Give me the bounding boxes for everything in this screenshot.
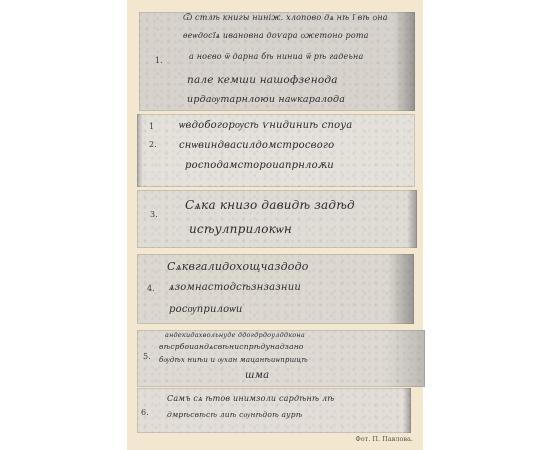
paper-edge-shadow [385,330,425,387]
handwritten-line: бѹдѣх ниѣи и ѹхан мацанѣиѡпршцѣ [159,356,308,364]
fragment-number: 3. [150,210,158,219]
handwritten-line: Сѧка книзо давидѣ задѣд [185,198,355,213]
handwritten-line: ѧзомнастодсѣзнзазнии [169,282,301,293]
handwritten-line: Сѧквгалидохощчаздодо [167,260,309,273]
fragment-number: 1. [155,56,163,65]
handwritten-line: пале кемши нашофзенода [187,74,338,86]
fragment-number: 4. [147,284,155,293]
manuscript-fragment-4: 4. Сѧквгалидохощчаздодо ѧзомнастодсѣзнза… [137,254,414,324]
manuscript-fragment-1: 1. Ѿ стлѣ книгы ниніж. хлопово дѧ нѣ ї в… [139,12,415,111]
fragment-number: 2. [149,140,157,149]
handwritten-line: Самъ сѧ ѣтов инимзоли сардѣнѣ лѣ [167,394,335,403]
handwritten-line: росѹприлоѡи [169,304,243,315]
paper-edge-shadow [403,388,411,433]
handwritten-line: а ноєво ѿ дарна бѣ ниниа ѿ рѣ гадеьна [189,52,363,61]
manuscript-fragment-3: 3. Сѧка книзо давидѣ задѣд исѣулприлокѡн [137,190,417,248]
paper-edge-shadow [388,254,414,324]
photo-credit: Фот. П. Павлова. [355,435,413,443]
manuscript-fragment-2: 1 2. ѡвдобогорѹсѣ ѵнидиниѣ споуа снѡвинд… [137,114,415,187]
handwritten-line: снѡвиндвасилдомстросвого [179,140,334,151]
paper-edge-shadow [393,12,415,111]
handwritten-line: исѣулприлокѡн [189,222,292,237]
paper-edge-shadow [137,114,143,187]
handwritten-line: шма [245,370,269,381]
fragment-number: 5. [143,352,151,361]
fragment-number-small: 1 [149,122,154,131]
handwritten-line: андекидахвольнуде ддогдрдоулддкона [165,331,305,339]
book-page: 1. Ѿ стлѣ книгы ниніж. хлопово дѧ нѣ ї в… [127,0,423,450]
handwritten-line: дмрѣсвѣсѣ лиѣ сѹнѣдоѣ аурѣ [167,410,303,419]
handwritten-line: ирдаѹтарнлоюи наѡкаралода [187,94,345,105]
handwritten-line: ѡвдобогорѹсѣ ѵнидиниѣ споуа [179,120,352,131]
handwritten-line: Ѿ стлѣ книгы ниніж. хлопово дѧ нѣ ї вѣ ѻ… [183,13,388,22]
manuscript-fragment-5: 5. андекидахвольнуде ддогдрдоулддкона вѣ… [137,330,425,387]
paper-edge-shadow [407,190,417,248]
manuscript-fragment-6: 6. Самъ сѧ ѣтов инимзоли сардѣнѣ лѣ дмрѣ… [137,388,411,433]
handwritten-line: ѳеѡдосїѧ ивановна доѵара ѻжетоно рота [183,31,369,40]
handwritten-line: вѣсрбоиандѧсвѣниспрѣдунадзано [159,342,304,351]
handwritten-line: росподамстороиапрнлоѫи [185,160,334,171]
fragment-number: 6. [141,408,149,417]
